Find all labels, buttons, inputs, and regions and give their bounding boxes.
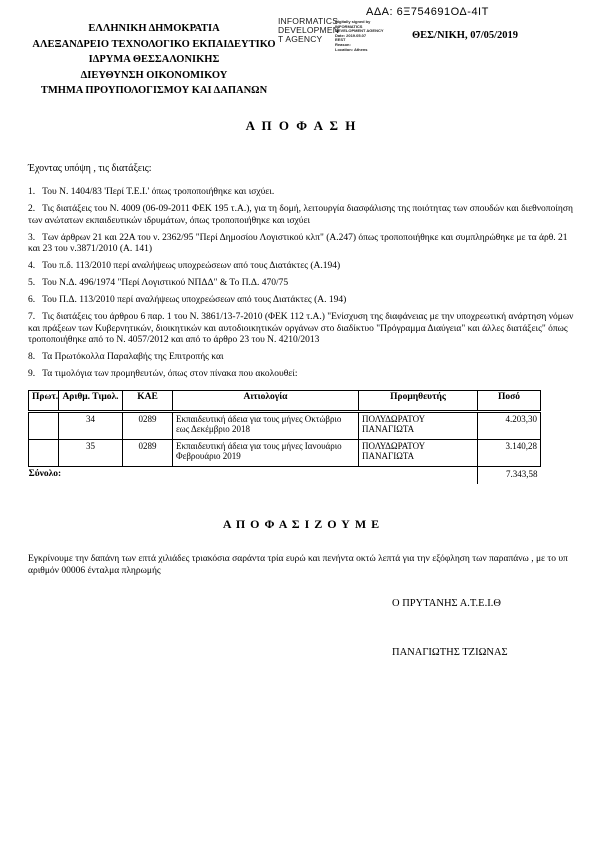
cell-reason: Εκπαιδευτική άδεια για τους μήνες Οκτώβρ…: [173, 411, 359, 439]
table-row: 35 0289 Εκπαιδευτική άδεια για τους μήνε…: [29, 439, 541, 466]
col-header-kae: ΚΑΕ: [123, 390, 173, 411]
item-text: Τα Πρωτόκολλα Παραλαβής της Επιτροπής κα…: [42, 352, 223, 362]
item-number: 7.: [28, 312, 35, 322]
place-date: ΘΕΣ/ΝΙΚΗ, 07/05/2019: [412, 30, 518, 41]
list-item: 2.Τις διατάξεις του Ν. 4009 (06-09-2011 …: [28, 204, 575, 227]
cell-supplier: ΠΟΛΥΔΩΡΑΤΟΥ ΠΑΝΑΓΙΩΤΑ: [359, 439, 478, 466]
invoices-table: Πρωτ. Αριθμ. Τιμολ. ΚΑΕ Αιτιολογία Προμη…: [28, 390, 541, 484]
legal-references-list: 1.Του Ν. 1404/83 'Περί Τ.Ε.Ι.' όπως τροπ…: [28, 187, 575, 381]
cell-amount: 3.140,28: [478, 439, 541, 466]
signer-name: ΠΑΝΑΓΙΩΤΗΣ ΤΖΙΩΝΑΣ: [392, 647, 575, 658]
org-line-2: ΑΛΕΞΑΝΔΡΕΙΟ ΤΕΧΝΟΛΟΓΙΚΟ ΕΚΠΑΙΔΕΥΤΙΚΟ: [8, 37, 300, 53]
col-header-amount: Ποσό: [478, 390, 541, 411]
list-item: 8.Τα Πρωτόκολλα Παραλαβής της Επιτροπής …: [28, 352, 575, 364]
list-item: 7.Τις διατάξεις του άρθρου 6 παρ. 1 του …: [28, 312, 575, 347]
cell-kae: 0289: [123, 439, 173, 466]
decision-title: Α Π Ο Φ Α Σ Η: [28, 118, 575, 134]
col-header-reason: Αιτιολογία: [173, 390, 359, 411]
org-line-4: ΔΙΕΥΘΥΝΣΗ ΟΙΚΟΝΟΜΙΚΟΥ: [8, 68, 300, 84]
item-number: 4.: [28, 261, 35, 271]
item-text: Του π.δ. 113/2010 περί αναλήψεως υποχρεώ…: [42, 261, 340, 271]
table-total-row: Σύνολο: 7.343,58: [29, 466, 541, 484]
stamp-signature-details: Digitally signed by INFORMATICS DEVELOPM…: [335, 20, 407, 52]
col-header-prot: Πρωτ.: [29, 390, 59, 411]
item-text: Τις διατάξεις του Ν. 4009 (06-09-2011 ΦΕ…: [28, 204, 573, 226]
org-header: ΕΛΛΗΝΙΚΗ ΔΗΜΟΚΡΑΤΙΑ ΑΛΕΞΑΝΔΡΕΙΟ ΤΕΧΝΟΛΟΓ…: [8, 21, 300, 99]
item-text: Τις διατάξεις του άρθρου 6 παρ. 1 του Ν.…: [28, 312, 573, 345]
item-number: 8.: [28, 352, 35, 362]
cell-kae: 0289: [123, 411, 173, 439]
table-row: 34 0289 Εκπαιδευτική άδεια για τους μήνε…: [29, 411, 541, 439]
document-body: Α Π Ο Φ Α Σ Η Έχοντας υπόψη , τις διατάξ…: [0, 118, 595, 658]
item-number: 9.: [28, 369, 35, 379]
resolution-title: Α Π Ο Φ Α Σ Ι Ζ Ο Υ Μ Ε: [28, 517, 575, 532]
list-item: 9.Τα τιμολόγια των προμηθευτών, όπως στο…: [28, 369, 575, 381]
cell-supplier: ΠΟΛΥΔΩΡΑΤΟΥ ΠΑΝΑΓΙΩΤΑ: [359, 411, 478, 439]
list-item: 4.Του π.δ. 113/2010 περί αναλήψεως υποχρ…: [28, 261, 575, 273]
item-text: Του Ν. 1404/83 'Περί Τ.Ε.Ι.' όπως τροποπ…: [42, 187, 274, 197]
item-text: Των άρθρων 21 και 22Α του ν. 2362/95 "Πε…: [28, 233, 568, 255]
list-item: 5.Του Ν.Δ. 496/1974 "Περί Λογιστικού ΝΠΔ…: [28, 278, 575, 290]
stamp-sig-line: Location: Athens: [335, 48, 407, 53]
cell-amount: 4.203,30: [478, 411, 541, 439]
org-line-3: ΙΔΡΥΜΑ ΘΕΣΣΑΛΟΝΙΚΗΣ: [8, 52, 300, 68]
item-text: Του Ν.Δ. 496/1974 "Περί Λογιστικού ΝΠΔΔ"…: [42, 278, 288, 288]
cell-invoice: 34: [59, 411, 123, 439]
cell-reason: Εκπαιδευτική άδεια για τους μήνες Ιανουά…: [173, 439, 359, 466]
list-item: 6.Του Π.Δ. 113/2010 περί αναλήψεως υποχρ…: [28, 295, 575, 307]
preamble-intro: Έχοντας υπόψη , τις διατάξεις:: [28, 163, 575, 174]
list-item: 1.Του Ν. 1404/83 'Περί Τ.Ε.Ι.' όπως τροπ…: [28, 187, 575, 199]
digital-signature-stamp: INFORMATICS DEVELOPMEN T AGENCY Digitall…: [278, 17, 408, 44]
col-header-invoice: Αριθμ. Τιμολ.: [59, 390, 123, 411]
col-header-supplier: Προμηθευτής: [359, 390, 478, 411]
org-line-5: ΤΜΗΜΑ ΠΡΟΥΠΟΛΟΓΙΣΜΟΥ ΚΑΙ ΔΑΠΑΝΩΝ: [8, 83, 300, 99]
table-header-row: Πρωτ. Αριθμ. Τιμολ. ΚΑΕ Αιτιολογία Προμη…: [29, 390, 541, 411]
item-number: 6.: [28, 295, 35, 305]
signer-title: Ο ΠΡΥΤΑΝΗΣ Α.Τ.Ε.Ι.Θ: [392, 598, 575, 609]
item-number: 1.: [28, 187, 35, 197]
resolution-body: Εγκρίνουμε την δαπάνη των επτά χιλιάδες …: [28, 553, 575, 577]
cell-prot: [29, 411, 59, 439]
item-text: Τα τιμολόγια των προμηθευτών, όπως στον …: [42, 369, 297, 379]
document-page: ΑΔΑ: 6Ξ754691ΟΔ-4ΙΤ ΕΛΛΗΝΙΚΗ ΔΗΜΟΚΡΑΤΙΑ …: [0, 0, 595, 842]
item-text: Του Π.Δ. 113/2010 περί αναλήψεως υποχρεώ…: [42, 295, 346, 305]
item-number: 5.: [28, 278, 35, 288]
cell-prot: [29, 439, 59, 466]
total-label: Σύνολο:: [29, 466, 478, 484]
item-number: 2.: [28, 204, 35, 214]
cell-invoice: 35: [59, 439, 123, 466]
list-item: 3.Των άρθρων 21 και 22Α του ν. 2362/95 "…: [28, 233, 575, 256]
total-amount: 7.343,58: [478, 466, 541, 484]
org-line-1: ΕΛΛΗΝΙΚΗ ΔΗΜΟΚΡΑΤΙΑ: [8, 21, 300, 37]
item-number: 3.: [28, 233, 35, 243]
